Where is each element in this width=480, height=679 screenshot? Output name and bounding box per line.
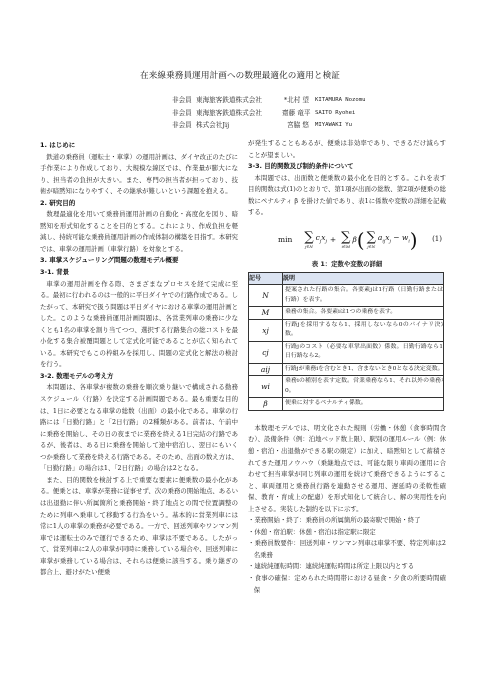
summation-symbol: ∑ j∈N xyxy=(304,231,313,249)
section-heading-purpose: 2. 研究目的 xyxy=(40,198,238,210)
paragraph: 本数理モデルでは、明文化された規則（労働・休憩（食事時間含む）、設備条件（例：泊… xyxy=(248,423,446,515)
paragraph: また、目的関数を検討する上で重要な要素に便乗数の最小化がある。便乗とは、車掌が業… xyxy=(40,475,238,579)
table-row: xj 行路jを採用するなら1、採用しないなら0のバイナリ決定変数。 xyxy=(249,319,444,341)
author-organization: 東海旅客鉄道株式会社 xyxy=(196,107,282,120)
table-cell-symbol: cj xyxy=(249,341,283,363)
summation-symbol: ∑ i∈M xyxy=(341,231,350,249)
table-row: β 便乗に対するペナルティ係数。 xyxy=(249,398,444,411)
table-row: M 乗務の集合。各要素iは1つの乗務を表す。 xyxy=(249,307,444,320)
author-name-roman: SAITO Ryohei xyxy=(315,107,355,120)
formula-plus: + xyxy=(330,234,336,246)
author-membership: 非会員 xyxy=(172,107,196,120)
table-cell-description: 乗務iの種別を表す定数。営業乗務なら1、それ以外の乗務なら0。 xyxy=(283,376,444,398)
author-row: 非会員 株式会社Jij 宮脇 悠 MIYAWAKI Yu xyxy=(172,119,366,132)
subsection-heading-objective: 3-3. 目的関数及び制約条件について xyxy=(248,161,446,173)
paragraph: 本問題は、各車掌が複数の乗務を順次乗り継いで構成される勤務スケジュール（行路）を… xyxy=(40,382,238,474)
table-cell-description: 行路jが乗務iを含むとき1、含まないとき0となる決定変数。 xyxy=(283,363,444,376)
author-name: 齋藤 竜平 xyxy=(282,107,315,120)
table-cell-symbol: wi xyxy=(249,376,283,398)
author-membership: 非会員 xyxy=(172,94,196,107)
author-name-roman: MIYAWAKI Yu xyxy=(315,119,352,132)
paragraph-continued: が発生することもあるが、便乗は非効率であり、できるだけ減らすことが望ましい。 xyxy=(248,138,446,161)
table-row: N 提案された行路の集合。各要素jは1行路（日勤行路または2日行路）を表す。 xyxy=(249,285,444,307)
author-name-roman: KITAMURA Nozomu xyxy=(315,94,366,107)
table-cell-description: 行路jを採用するなら1、採用しないなら0のバイナリ決定変数。 xyxy=(283,319,444,341)
list-item: ・休憩・宿泊駅：休憩・宿泊は指定駅に限定 xyxy=(248,527,446,539)
table-cell-symbol: β xyxy=(249,398,283,411)
equation-number: (1) xyxy=(432,234,442,246)
table-cell-description: 便乗に対するペナルティ係数。 xyxy=(283,398,444,411)
section-heading-model-overview: 3. 車掌スケジューリング問題の数理モデル概要 xyxy=(40,255,238,267)
author-organization: 株式会社Jij xyxy=(196,119,282,132)
paragraph: 本問題では、出面数と便乗数の最小化を目的とする。これを表す目的関数は式(1)のと… xyxy=(248,173,446,219)
table-row: wi 乗務iの種別を表す定数。営業乗務なら1、それ以外の乗務なら0。 xyxy=(249,376,444,398)
paragraph: 鉄道の乗務員（運転士・車掌）の運用計画は、ダイヤ改正のたびに手作業により作成して… xyxy=(40,152,238,198)
author-membership: 非会員 xyxy=(172,119,196,132)
table-cell-symbol: N xyxy=(249,285,283,307)
table-row: cj 行路jのコスト（必要な車掌出面数）係数。日勤行路なら1、2日行路なら2。 xyxy=(249,341,444,363)
subsection-heading-background: 3-1. 背景 xyxy=(40,267,238,279)
table-header-row: 記号 説明 xyxy=(249,273,444,285)
paren-open: ( xyxy=(357,230,365,250)
left-column: 1. はじめに 鉄道の乗務員（運転士・車掌）の運用計画は、ダイヤ改正のたびに手作… xyxy=(40,140,238,579)
paragraph: 車掌の運用計画を作る際、さまざまなプロセスを経て完成に至る。最初に行われるのは一… xyxy=(40,279,238,371)
subsection-heading-model-concept: 3-2. 数理モデルの考え方 xyxy=(40,371,238,383)
formula-min: min xyxy=(278,234,292,246)
table-cell-symbol: aij xyxy=(249,363,283,376)
table-header-symbol: 記号 xyxy=(249,273,283,285)
formula-term: aijxj − wi xyxy=(378,232,410,248)
author-row: 非会員 東海旅客鉄道株式会社 齋藤 竜平 SAITO Ryohei xyxy=(172,107,366,120)
paper-title: 在来線乗務員運用計画への数理最適化の適用と検証 xyxy=(0,69,480,81)
section-heading-introduction: 1. はじめに xyxy=(40,140,238,152)
table-cell-description: 提案された行路の集合。各要素jは1行路（日勤行路または2日行路）を表す。 xyxy=(283,285,444,307)
variables-table: 記号 説明 N 提案された行路の集合。各要素jは1行路（日勤行路または2日行路）… xyxy=(248,272,444,411)
paragraph: 数理最適化を用いて乗務員運用計画の自動化・高度化を図り、暗黙知を形式知化すること… xyxy=(40,209,238,255)
list-item: ・乗務員数要件：回送列車・ワンマン列車は車掌不要、特定列車は2名乗務 xyxy=(248,538,446,561)
author-name: *北村 望 xyxy=(282,94,315,107)
table-cell-symbol: M xyxy=(249,307,283,320)
table-cell-description: 乗務の集合。各要素iは1つの乗務を表す。 xyxy=(283,307,444,320)
table-cell-description: 行路jのコスト（必要な車掌出面数）係数。日勤行路なら1、2日行路なら2。 xyxy=(283,341,444,363)
paren-close: ) xyxy=(410,230,418,250)
author-organization: 東海旅客鉄道株式会社 xyxy=(196,94,282,107)
table-cell-symbol: xj xyxy=(249,319,283,341)
table-header-description: 説明 xyxy=(283,273,444,285)
author-row: 非会員 東海旅客鉄道株式会社 *北村 望 KITAMURA Nozomu xyxy=(172,94,366,107)
list-item: ・連続純運転時間：連続純運転時間は所定上限以内とする xyxy=(248,561,446,573)
author-list: 非会員 東海旅客鉄道株式会社 *北村 望 KITAMURA Nozomu 非会員… xyxy=(172,94,366,132)
constraints-list: ・業務開始・終了：乗務員の所属箇所の最寄駅で開始・終了 ・休憩・宿泊駅：休憩・宿… xyxy=(248,515,446,596)
table-row: aij 行路jが乗務iを含むとき1、含まないとき0となる決定変数。 xyxy=(249,363,444,376)
objective-function-equation: min ∑ j∈N cjxj + ∑ i∈M β ( ∑ j∈N aijxj −… xyxy=(248,219,446,261)
right-column: が発生することもあるが、便乗は非効率であり、できるだけ減らすことが望ましい。 3… xyxy=(248,138,446,596)
formula-term: cjxj xyxy=(316,232,327,248)
list-item: ・業務開始・終了：乗務員の所属箇所の最寄駅で開始・終了 xyxy=(248,515,446,527)
summation-symbol: ∑ j∈N xyxy=(367,231,376,249)
list-item: ・食事の確保：定められた時間帯における昼食・夕食の所要時間確保 xyxy=(248,573,446,596)
author-name: 宮脇 悠 xyxy=(282,119,315,132)
